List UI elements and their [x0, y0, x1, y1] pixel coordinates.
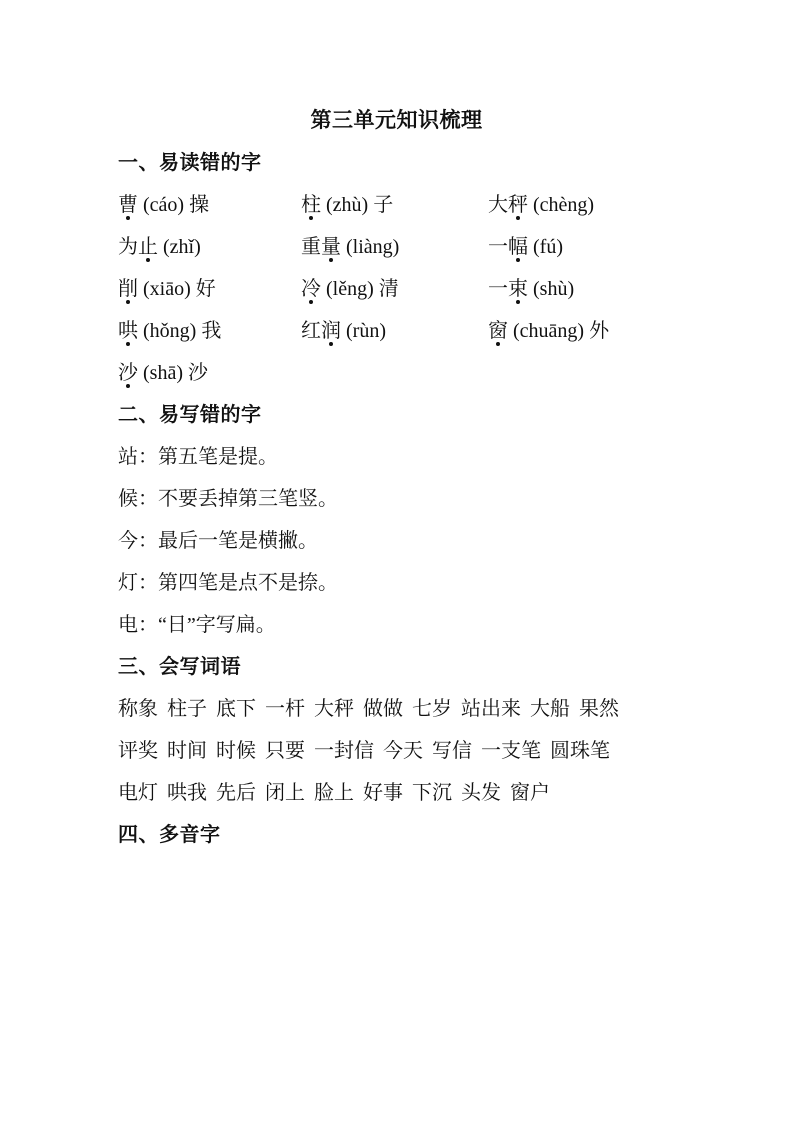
- emphasized-char: 削: [118, 272, 138, 301]
- word-entry: 哄 (hǒng) 我: [118, 310, 301, 352]
- section3-heading: 三、会写词语: [0, 646, 793, 688]
- vocabulary-line: 称象 柱子 底下 一杆 大秤 做做 七岁 站出来 大船 果然: [0, 688, 793, 730]
- word-entry: 柱 (zhù) 子: [301, 184, 488, 226]
- emphasized-char: 曹: [118, 188, 138, 217]
- word-entry: 红润 (rùn): [301, 310, 488, 352]
- emphasized-char: 窗: [488, 314, 508, 343]
- emphasized-char: 柱: [301, 188, 321, 217]
- emphasized-char: 沙: [118, 356, 138, 385]
- emphasized-char: 幅: [508, 230, 528, 259]
- stroke-note-line: 灯：第四笔是点不是捺。: [0, 562, 793, 604]
- pronunciation-row: 削 (xiāo) 好 冷 (lěng) 清 一束 (shù): [0, 268, 793, 310]
- word-entry: 为止 (zhǐ): [118, 226, 301, 268]
- pronunciation-row: 为止 (zhǐ) 重量 (liàng) 一幅 (fú): [0, 226, 793, 268]
- stroke-note-line: 站：第五笔是提。: [0, 436, 793, 478]
- word-entry: 曹 (cáo) 操: [118, 184, 301, 226]
- word-entry: 窗 (chuāng) 外: [488, 310, 793, 352]
- emphasized-char: 润: [321, 314, 341, 343]
- word-entry: 一幅 (fú): [488, 226, 793, 268]
- stroke-note-line: 电：“日”字写扁。: [0, 604, 793, 646]
- emphasized-char: 哄: [118, 314, 138, 343]
- section1-heading: 一、易读错的字: [0, 142, 793, 184]
- pronunciation-row: 曹 (cáo) 操 柱 (zhù) 子 大秤 (chèng): [0, 184, 793, 226]
- section2-heading: 二、易写错的字: [0, 394, 793, 436]
- word-entry: 沙 (shā) 沙: [118, 352, 301, 394]
- emphasized-char: 束: [508, 272, 528, 301]
- emphasized-char: 止: [138, 230, 158, 259]
- word-entry: 冷 (lěng) 清: [301, 268, 488, 310]
- vocabulary-line: 评奖 时间 时候 只要 一封信 今天 写信 一支笔 圆珠笔: [0, 730, 793, 772]
- stroke-note-line: 候：不要丢掉第三笔竖。: [0, 478, 793, 520]
- stroke-note-line: 今：最后一笔是横撇。: [0, 520, 793, 562]
- emphasized-char: 量: [321, 230, 341, 259]
- document-page: 第三单元知识梳理 一、易读错的字 曹 (cáo) 操 柱 (zhù) 子 大秤 …: [0, 0, 793, 1122]
- pronunciation-row: 哄 (hǒng) 我 红润 (rùn) 窗 (chuāng) 外: [0, 310, 793, 352]
- page-title: 第三单元知识梳理: [0, 100, 793, 142]
- emphasized-char: 秤: [508, 188, 528, 217]
- word-entry: 重量 (liàng): [301, 226, 488, 268]
- word-entry: 大秤 (chèng): [488, 184, 793, 226]
- section4-heading: 四、多音字: [0, 814, 793, 856]
- emphasized-char: 冷: [301, 272, 321, 301]
- pronunciation-row: 沙 (shā) 沙: [0, 352, 793, 394]
- word-entry: 削 (xiāo) 好: [118, 268, 301, 310]
- vocabulary-line: 电灯 哄我 先后 闭上 脸上 好事 下沉 头发 窗户: [0, 772, 793, 814]
- word-entry: 一束 (shù): [488, 268, 793, 310]
